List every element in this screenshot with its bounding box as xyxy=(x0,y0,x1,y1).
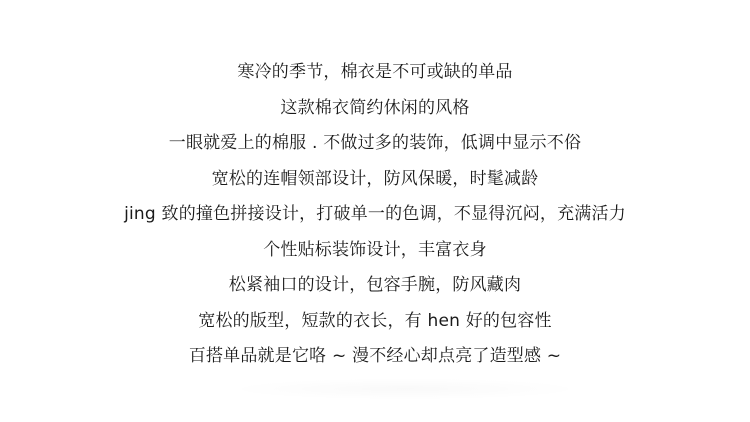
description-line-5: jing 致的撞色拼接设计，打破单一的色调，不显得沉闷，充满活力 xyxy=(0,200,750,236)
description-line-7: 松紧袖口的设计，包容手腕，防风藏肉 xyxy=(0,271,750,307)
description-line-8: 宽松的版型，短款的衣长，有 hen 好的包容性 xyxy=(0,307,750,343)
description-line-6: 个性贴标装饰设计，丰富衣身 xyxy=(0,236,750,272)
description-line-9: 百搭单品就是它咯 ~ 漫不经心却点亮了造型感 ~ xyxy=(0,342,750,378)
description-line-4: 宽松的连帽领部设计，防风保暖，时髦减龄 xyxy=(0,165,750,201)
description-line-3: 一眼就爱上的棉服 . 不做过多的装饰，低调中显示不俗 xyxy=(0,129,750,165)
product-description: 寒冷的季节，棉衣是不可或缺的单品 这款棉衣简约休闲的风格 一眼就爱上的棉服 . … xyxy=(0,58,750,378)
faint-shadow-decoration xyxy=(225,378,585,400)
description-line-2: 这款棉衣简约休闲的风格 xyxy=(0,94,750,130)
description-line-1: 寒冷的季节，棉衣是不可或缺的单品 xyxy=(0,58,750,94)
